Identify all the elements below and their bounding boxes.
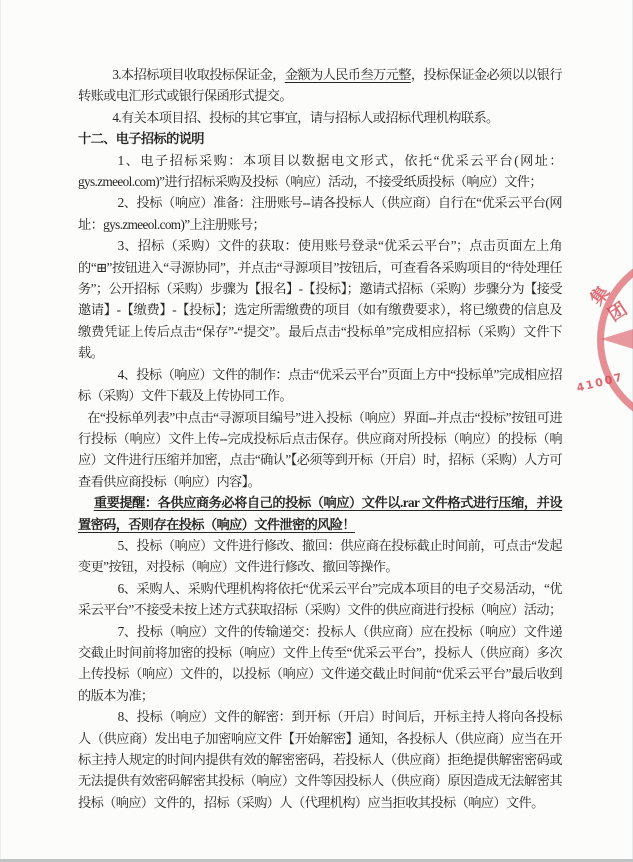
important-notice: 重要提醒：各供应商务必将自己的投标（响应）文件以.rar 文件格式进行压缩，并设… (78, 492, 562, 535)
seal-char-1: 集 (583, 280, 615, 310)
section-12-heading: 十二、电子招标的说明 (78, 128, 562, 149)
scanned-document-page: 3.本招标项目收取投标保证金，金额为人民币叁万元整，投标保证金必须以以银行转账或… (0, 0, 633, 862)
sub-item-3-document-acquisition: 3、招标（采购）文件的获取：使用账号登录“优采云平台”；点击页面左上角的“⊞”按… (78, 235, 562, 363)
sub-item-2-bid-preparation: 2、投标（响应）准备：注册账号--请各投标人（供应商）自行在“优采云平台(网址：… (78, 192, 562, 235)
sub-item-5-modify-withdraw: 5、投标（响应）文件进行修改、撤回：供应商在投标截止时间前，可点击“发起变更”按… (78, 535, 562, 578)
document-body: 3.本招标项目收取投标保证金，金额为人民币叁万元整，投标保证金必须以以银行转账或… (78, 64, 562, 813)
sub-item-8-file-decryption: 8、投标（响应）文件的解密：到开标（开启）时间后，开标主持人将向各投标人（供应商… (78, 706, 562, 813)
clause-4-contact: 4.有关本项目招、投标的其它事宜，请与招标人或招标代理机构联系。 (78, 107, 562, 128)
sub-item-4-bid-file-creation: 4、投标（响应）文件的制作：点击“优采云平台”页面上方中“投标单”完成相应招标（… (78, 364, 562, 407)
sub-item-1-electronic-procurement: 1、电子招标采购：本项目以数据电文形式，依托“优采云平台(网址：gys.zmee… (78, 150, 562, 193)
seal-ring (597, 251, 633, 429)
seal-star-icon (601, 280, 633, 398)
seal-serial-number: 41007 (575, 370, 625, 394)
clause-3-deposit: 3.本招标项目收取投标保证金，金额为人民币叁万元整，投标保证金必须以以银行转账或… (78, 64, 562, 107)
deposit-amount-underlined: 金额为人民币叁万元整 (285, 67, 411, 82)
sub-item-6-platform-requirement: 6、采购人、采购代理机构将依托“优采云平台”完成本项目的电子交易活动，“优采云平… (78, 578, 562, 621)
sub-item-7-file-submission: 7、投标（响应）文件的传输递交：投标人（供应商）应在投标（响应）文件递交截止时间… (78, 621, 562, 707)
tender-list-paragraph: 在“投标单列表”中点击“寻源项目编号”进入投标（响应）界面--并点击“投标”按钮… (78, 407, 562, 493)
clause-3-pre-text: 3.本招标项目收取投标保证金， (112, 67, 285, 82)
seal-char-2: 团 (602, 295, 631, 327)
